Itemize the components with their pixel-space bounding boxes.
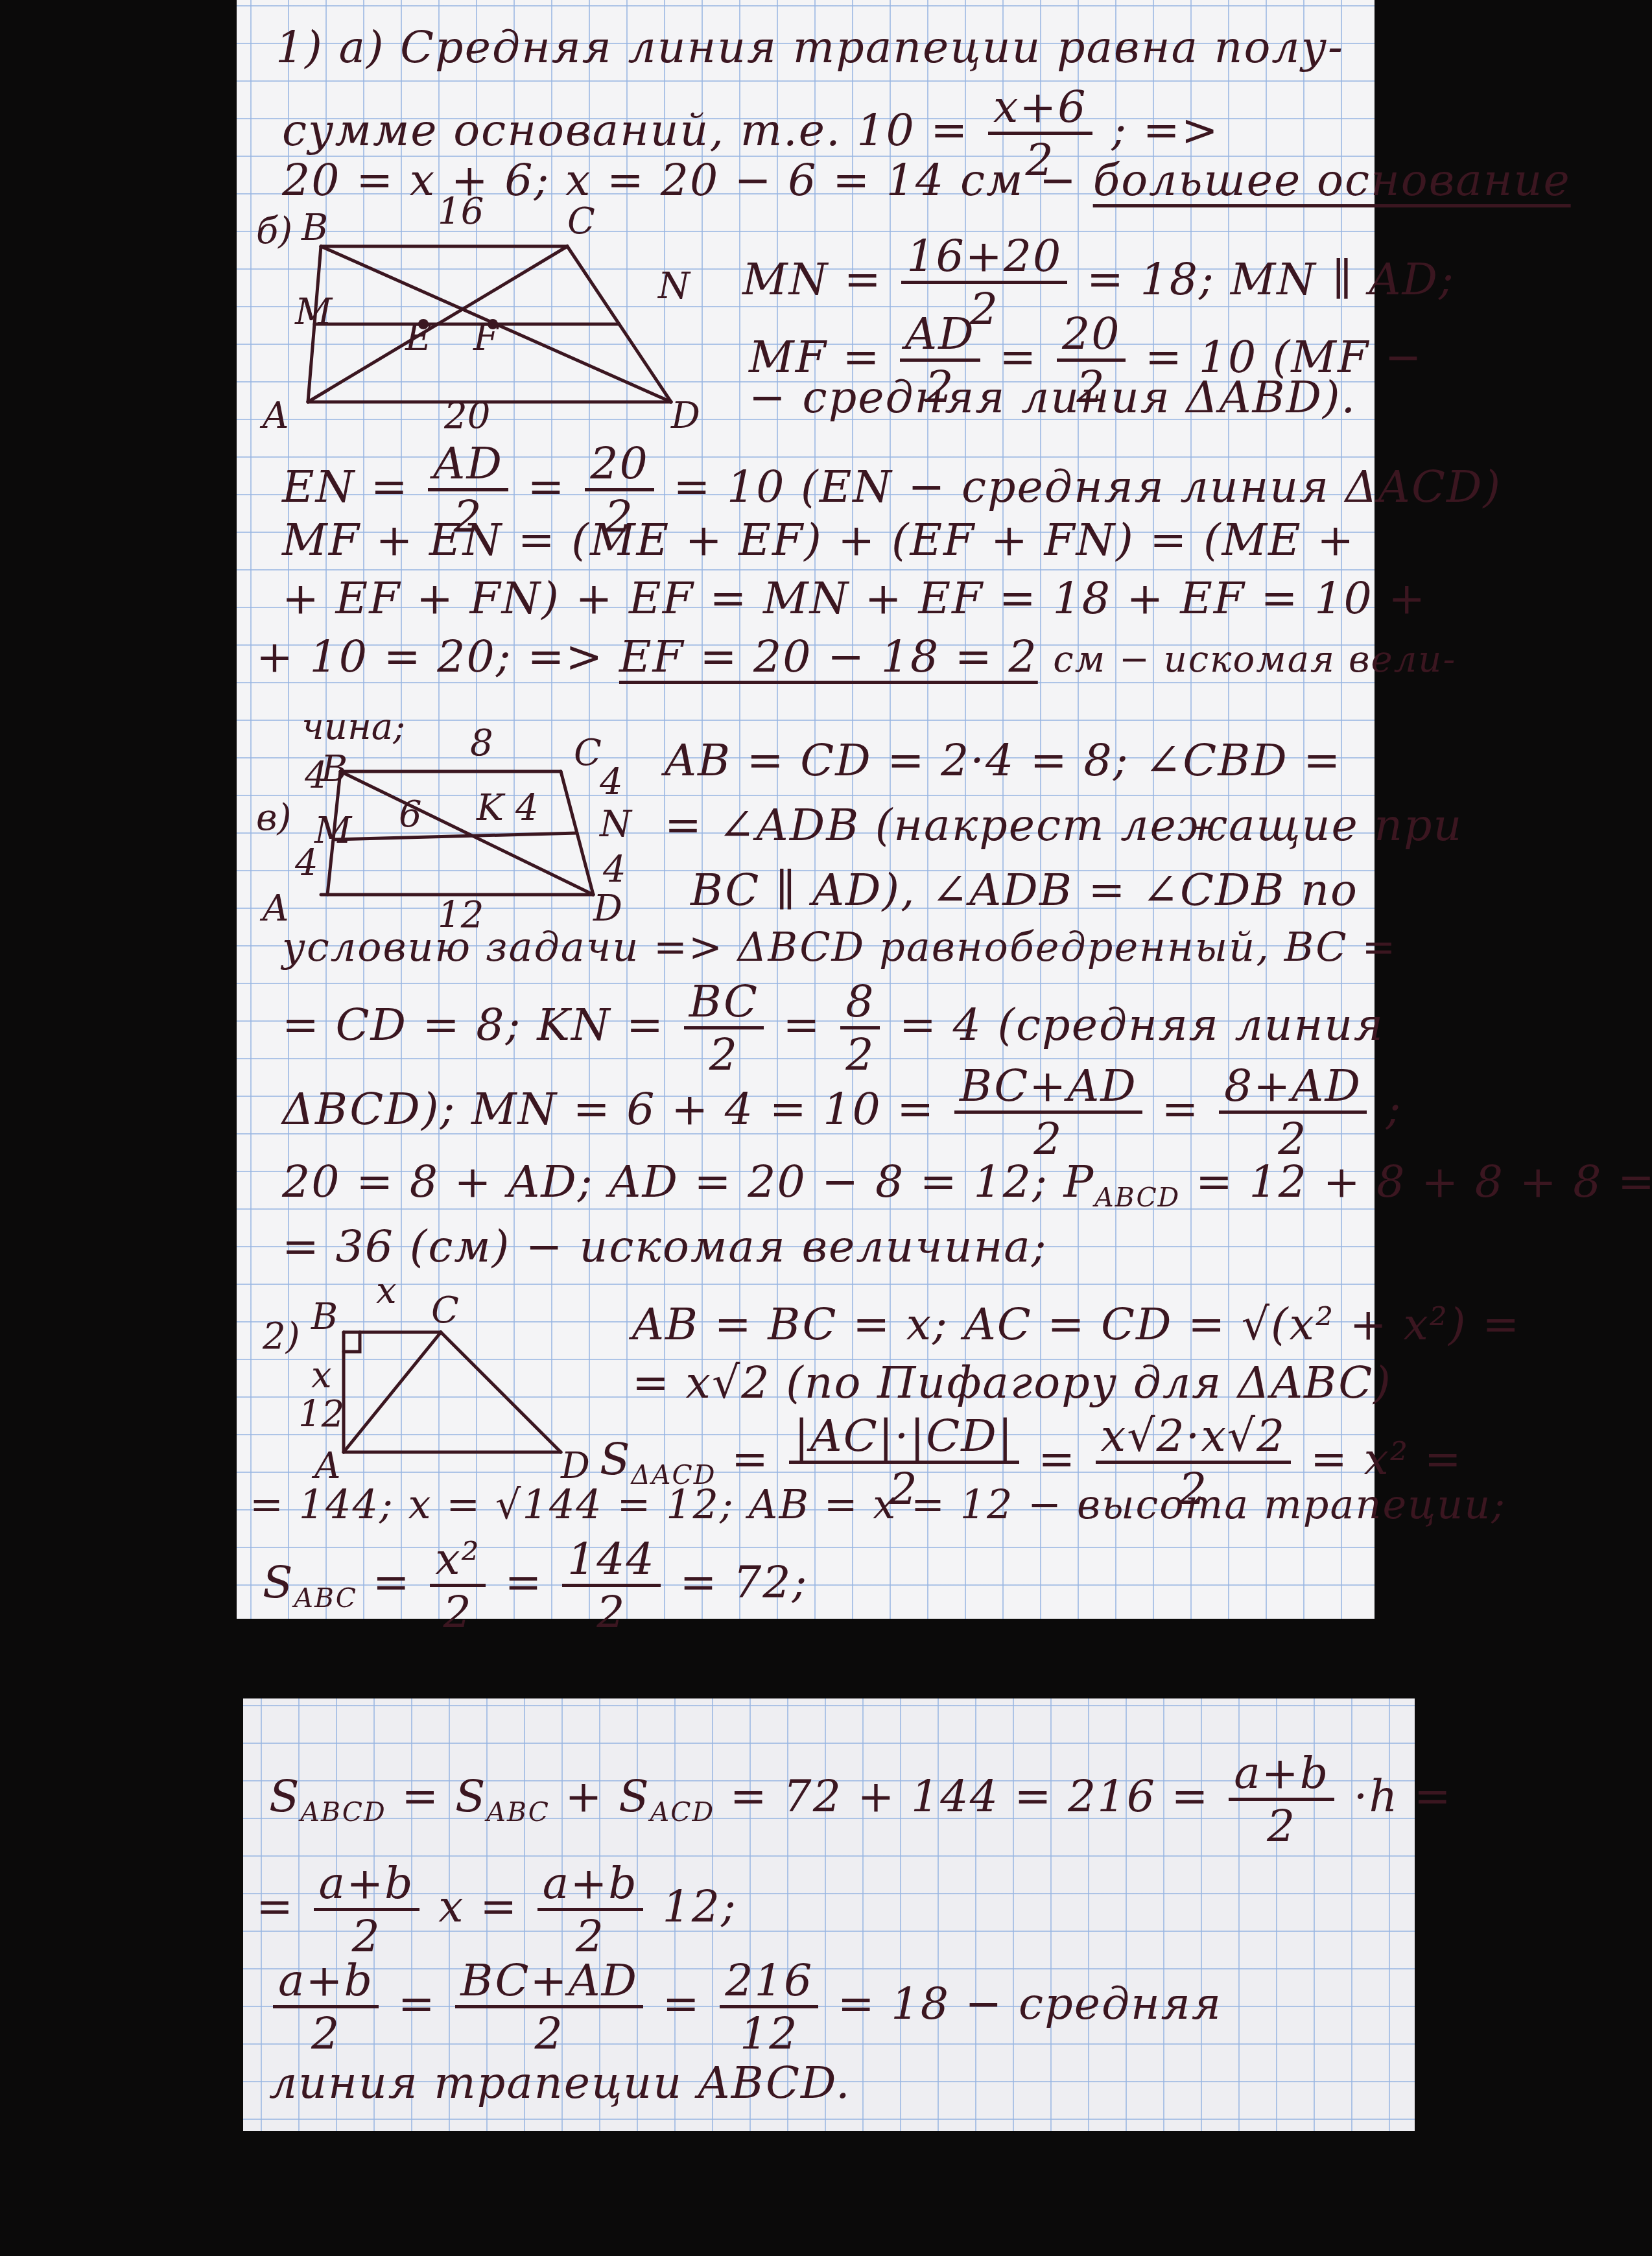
sum-line-1: MF + EN = (ME + EF) + (EF + FN) = (ME +: [282, 519, 1355, 563]
problem-1v-line8: = 36 (см) − искомая величина;: [282, 1225, 1048, 1269]
point-N: N: [657, 265, 691, 307]
fraction: a+b2: [314, 1861, 419, 1960]
area-formula-line: = a+b2 x = a+b2 12;: [256, 1861, 737, 1960]
segment-KN-length: 4: [515, 787, 539, 829]
denominator: 2: [1267, 1801, 1296, 1850]
numerator: BC+AD: [455, 1958, 643, 2008]
denominator: 2: [1033, 1114, 1063, 1162]
numerator: a+b: [314, 1861, 419, 1911]
point-K: K: [476, 787, 506, 829]
bottom-paper-sheet: SABCD = SABC + SACD = 72 + 144 = 216 = a…: [243, 1698, 1415, 2131]
text: сумме оснований, т.е. 10 =: [282, 105, 969, 156]
numerator: 16+20: [901, 233, 1067, 284]
label-2: 2): [262, 1315, 300, 1357]
segment-MA-length: 4: [294, 842, 318, 884]
text: ·h =: [1354, 1771, 1452, 1822]
problem-2-line1: AB = BC = x; AC = CD = √(x² + x²) =: [632, 1303, 1520, 1347]
numerator: AD: [900, 311, 980, 362]
fraction: a+b2: [273, 1958, 379, 2058]
subscript: ABC: [487, 1796, 550, 1827]
subscript: ACD: [650, 1796, 714, 1827]
point-N: N: [598, 803, 633, 845]
underlined-answer: EF = 20 − 18 = 2: [619, 631, 1038, 683]
text: = 18 − средняя: [838, 1979, 1222, 2030]
fraction: x²2: [430, 1536, 486, 1636]
denominator: 2: [535, 2008, 564, 2057]
denominator: 2: [596, 1587, 626, 1636]
numerator: 20: [585, 441, 654, 491]
mf-note: − средняя линия ΔABD).: [749, 376, 1356, 420]
midline-result-continuation: линия трапеции ABCD.: [269, 2062, 851, 2106]
problem-2-line4: = 144; x = √144 = 12; AB = x = 12 − высо…: [250, 1485, 1506, 1525]
fraction: a+b2: [537, 1861, 643, 1960]
text: ΔBCD); MN = 6 + 4 = 10 =: [282, 1084, 935, 1135]
text: + S: [565, 1771, 650, 1822]
numerator: AD: [428, 441, 508, 491]
text: =: [731, 1434, 770, 1485]
trapezoid-figure-2: 2) B C A D x x 12: [263, 1277, 626, 1491]
text: = 4 (средняя линия: [899, 1000, 1384, 1051]
text: S: [263, 1557, 294, 1608]
numerator: a+b: [1229, 1750, 1334, 1801]
side-AB-value: 12: [298, 1393, 344, 1435]
numerator: 8: [840, 979, 880, 1029]
denominator: 2: [576, 1911, 605, 1960]
numerator: x+6: [988, 84, 1092, 135]
label-b: б): [256, 210, 292, 252]
vertex-B: B: [311, 1296, 338, 1338]
text: + 10 = 20; =>: [256, 631, 604, 683]
numerator: 144: [562, 1536, 661, 1587]
problem-1v-line7: 20 = 8 + AD; AD = 20 − 8 = 12; PABCD = 1…: [282, 1160, 1652, 1210]
fraction: 1442: [562, 1536, 661, 1636]
segment-BM-length: 4: [304, 755, 328, 797]
text: S: [600, 1434, 631, 1485]
problem-2-line2: = x√2 (по Пифагору для ΔABC): [632, 1361, 1392, 1405]
continuation-word: чина;: [301, 706, 405, 748]
subscript: ABCD: [301, 1796, 386, 1827]
problem-1v-line1: AB = CD = 2·4 = 8; ∠CBD =: [665, 739, 1341, 783]
problem-1v-line3: BC ∥ AD), ∠ADB = ∠CDB по: [690, 869, 1358, 913]
problem-1v-line6: ΔBCD); MN = 6 + 4 = 10 = BC+AD2 = 8+AD2 …: [282, 1063, 1402, 1163]
fraction: BC+AD2: [455, 1958, 643, 2058]
problem-2-line5: SABC = x²2 = 1442 = 72;: [263, 1536, 808, 1636]
text: x =: [438, 1881, 518, 1933]
text: ; =>: [1111, 105, 1219, 156]
trapezoid-figure-1v: чина; в) B C A D M N K 8 12 6 4 4 4 4 4: [256, 726, 671, 940]
side-BC-label: x: [376, 1270, 397, 1312]
vertex-B: B: [301, 207, 328, 249]
sum-line-2: + EF + FN) + EF = MN + EF = 18 + EF = 10…: [282, 577, 1426, 621]
text: = S: [401, 1771, 486, 1822]
side-BC-length: 8: [470, 722, 493, 764]
text: EN =: [282, 462, 409, 513]
text: = 12 + 8 + 8 + 8 =: [1196, 1157, 1652, 1208]
fraction: a+b2: [1229, 1750, 1334, 1850]
segment-CN-length: 4: [599, 761, 623, 803]
trapezoid-figure-1b: б) B C A D M N E F 16 20: [250, 194, 742, 434]
midline-result-line: a+b2 = BC+AD2 = 21612 = 18 − средняя: [269, 1958, 1222, 2058]
segment-ND-length: 4: [602, 849, 626, 891]
numerator: x√2·x√2: [1096, 1413, 1292, 1464]
text: см − искомая вели-: [1053, 639, 1456, 681]
text: = CD = 8; KN =: [282, 1000, 665, 1051]
subscript: ABC: [294, 1582, 357, 1614]
denominator: 2: [311, 2008, 340, 2057]
numerator: a+b: [273, 1958, 379, 2008]
vertex-C: C: [431, 1289, 459, 1332]
text: MN =: [742, 254, 882, 305]
numerator: 216: [720, 1958, 818, 2008]
text: = 72;: [679, 1557, 808, 1608]
denominator: 2: [443, 1587, 472, 1636]
denominator: 12: [740, 2008, 799, 2057]
problem-1v-line4: условию задачи => ΔBCD равнобедренный, B…: [282, 927, 1397, 967]
numerator: 20: [1057, 311, 1126, 362]
top-paper-sheet: 1) а) Средняя линия трапеции равна полу-…: [237, 0, 1375, 1619]
area-sum-line: SABCD = SABC + SACD = 72 + 144 = 216 = a…: [269, 1750, 1452, 1850]
text: = 18; MN ∥ AD;: [1087, 254, 1455, 305]
text: = x² =: [1310, 1434, 1463, 1485]
text: 20 = 8 + AD; AD = 20 − 8 = 12; P: [282, 1157, 1094, 1208]
text: 12;: [663, 1881, 737, 1933]
text: = 72 + 144 = 216 =: [730, 1771, 1210, 1822]
sum-line-3: + 10 = 20; => EF = 20 − 18 = 2 см − иско…: [256, 635, 1456, 679]
vertex-A: A: [259, 395, 289, 437]
side-BC-length: 16: [438, 191, 484, 233]
numerator: x²: [430, 1536, 486, 1587]
subscript: ABCD: [1094, 1182, 1180, 1213]
text: S: [269, 1771, 301, 1822]
fraction: 8+AD2: [1219, 1063, 1367, 1163]
denominator: 2: [1278, 1114, 1307, 1162]
text: ;: [1386, 1084, 1402, 1135]
numerator: BC+AD: [954, 1063, 1142, 1114]
denominator: 2: [351, 1911, 381, 1960]
text: = 10 (EN − средняя линия ΔACD): [673, 462, 1502, 513]
vertex-D: D: [670, 395, 700, 437]
label-v: в): [256, 797, 291, 839]
side-AB-label: x: [311, 1354, 332, 1396]
vertex-C: C: [567, 200, 595, 242]
vertex-C: C: [574, 732, 602, 774]
numerator: BC: [684, 979, 764, 1029]
numerator: a+b: [537, 1861, 643, 1911]
underlined-answer: большее основание: [1093, 155, 1571, 206]
fraction: 21612: [720, 1958, 818, 2058]
problem-1a-line1: 1) а) Средняя линия трапеции равна полу-: [276, 26, 1344, 70]
numerator: 8+AD: [1219, 1063, 1367, 1114]
problem-1v-line2: = ∠ADB (накрест лежащие при: [665, 804, 1463, 848]
numerator: |AC|·|CD|: [789, 1413, 1019, 1464]
fraction: BC+AD2: [954, 1063, 1142, 1163]
